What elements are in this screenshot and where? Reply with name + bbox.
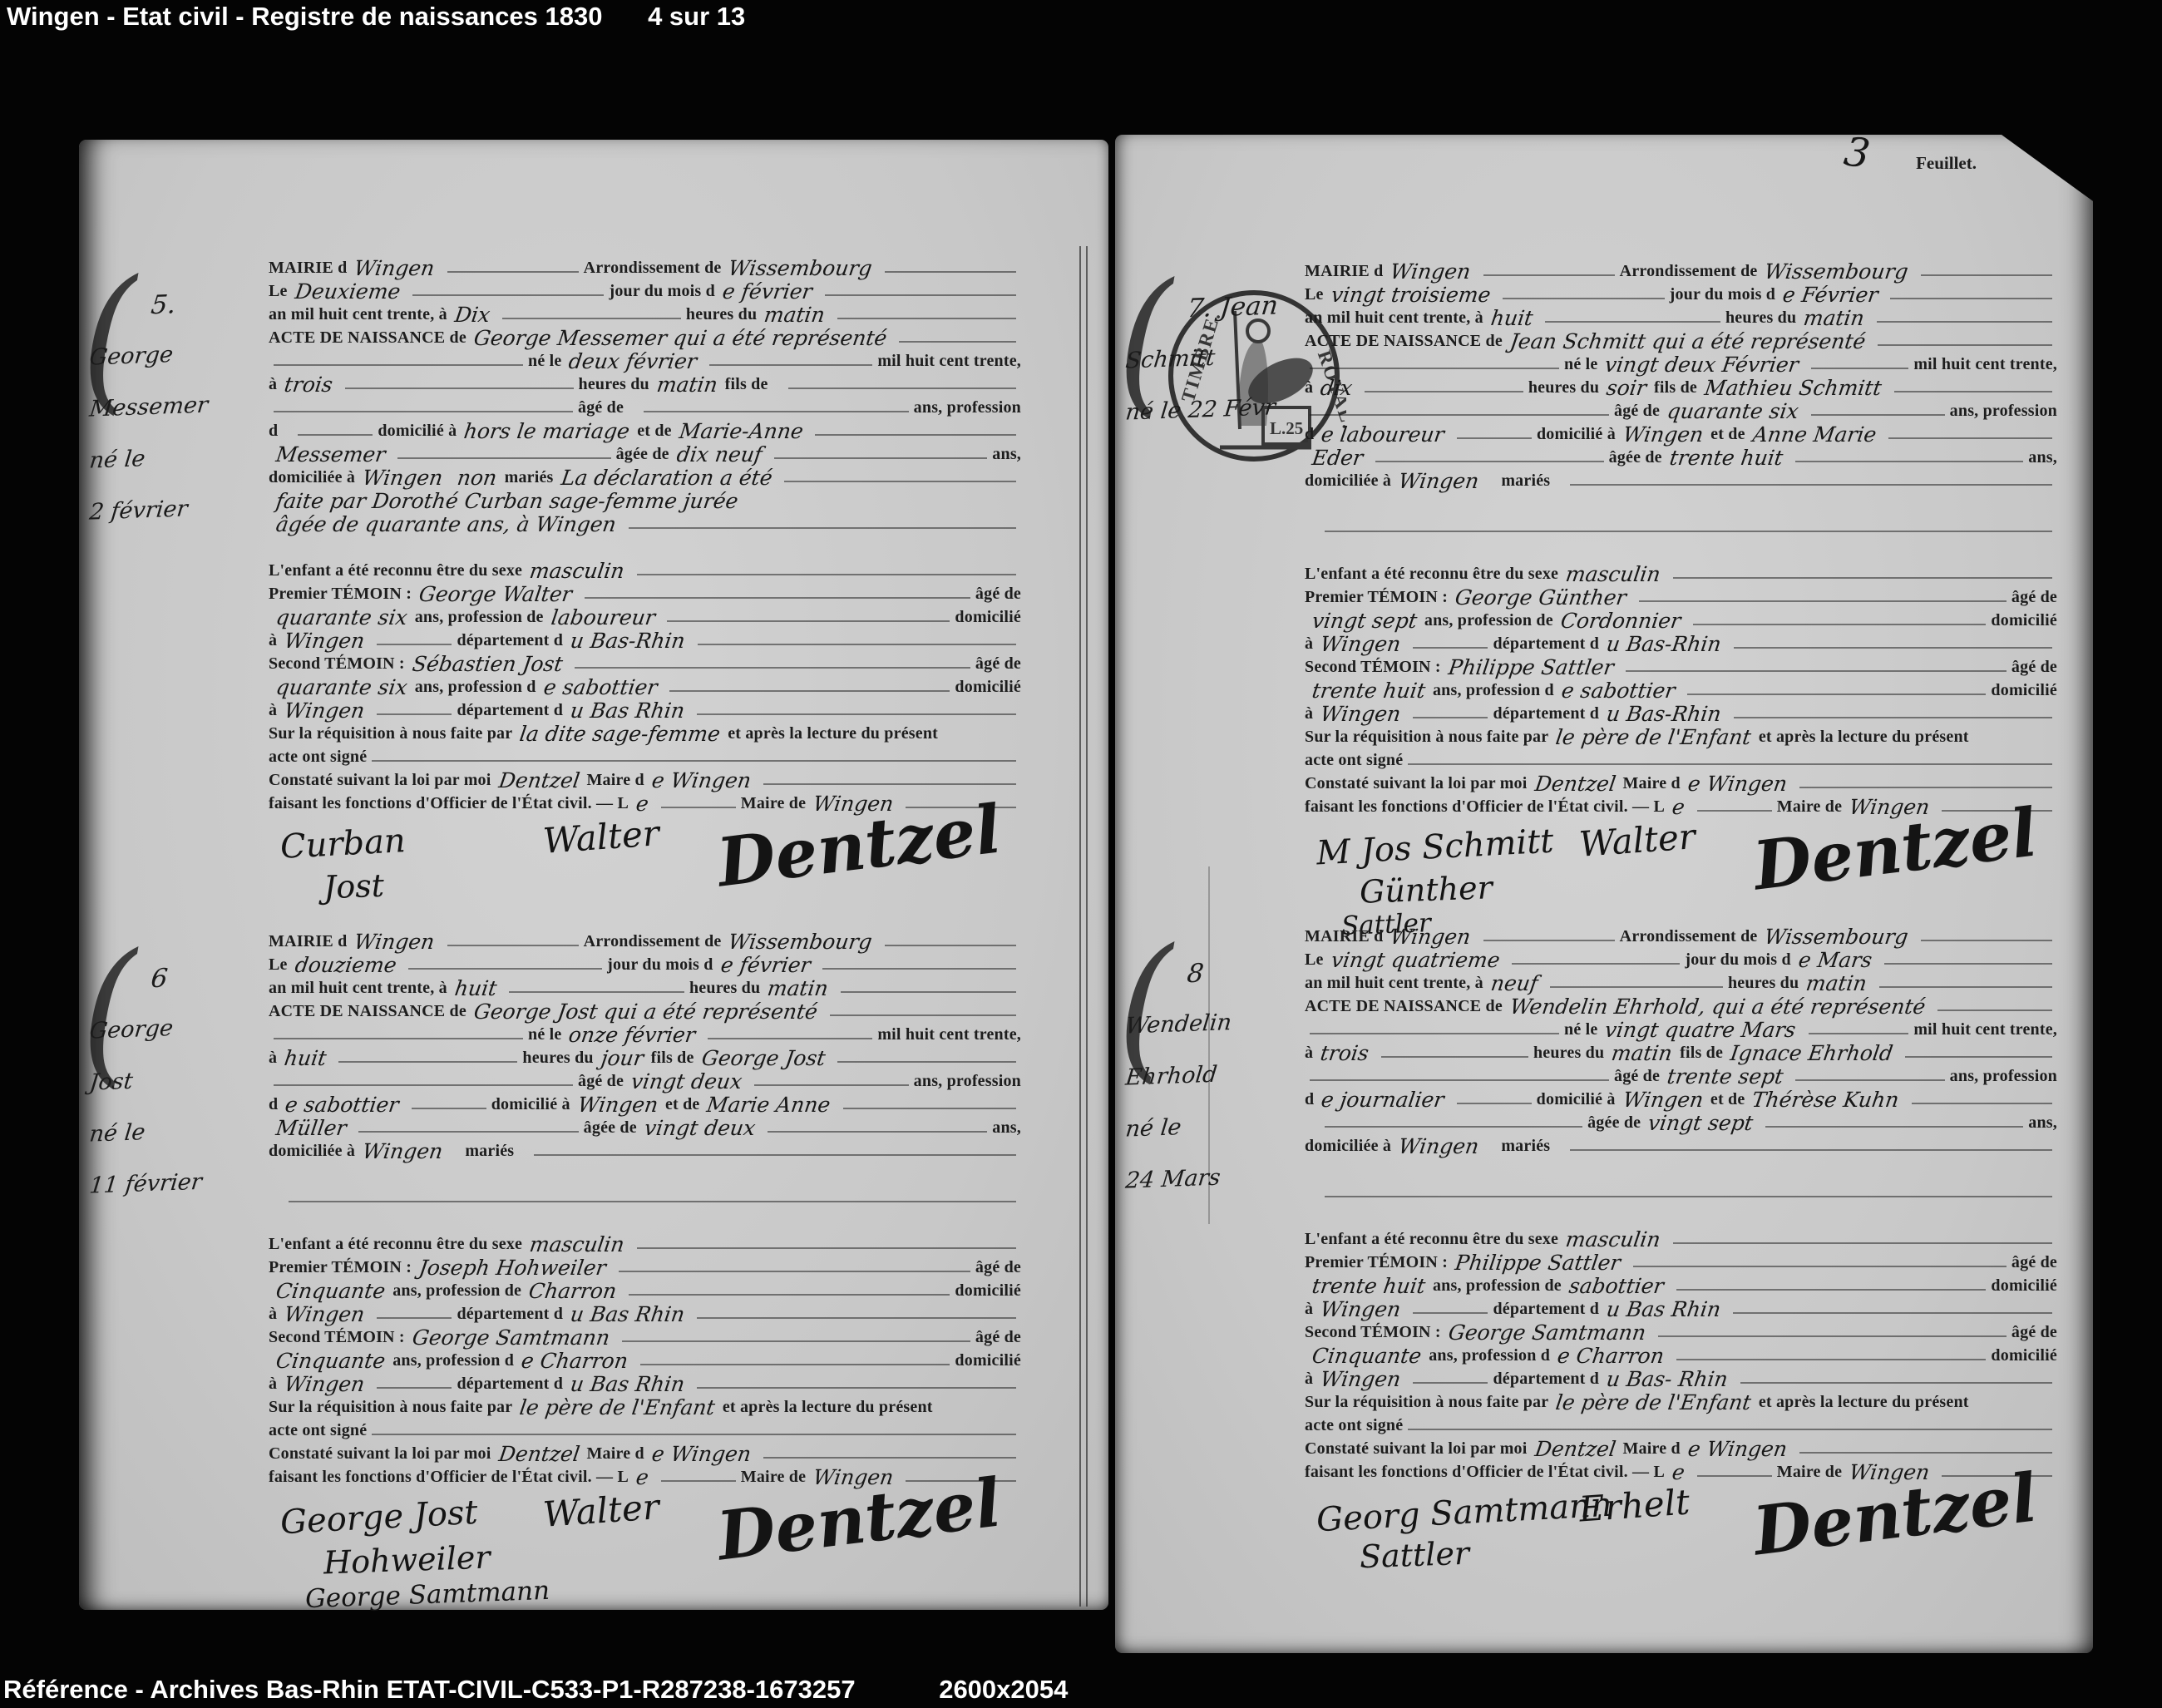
printed-label: département d [457, 1305, 563, 1325]
handwritten-father-domicile: Wingen [576, 1094, 659, 1116]
page-indicator: 4 sur 13 [648, 2, 745, 31]
printed-label: acte ont signé [269, 1421, 367, 1442]
rule-line [1811, 365, 1908, 369]
handwritten-period: matin [1803, 308, 1866, 329]
handwritten-father-domicile: hors le mariage [462, 421, 631, 442]
rule-line [447, 942, 579, 946]
handwritten-temoin1-age: Cinquante [274, 1281, 387, 1302]
handwritten-le: e [1671, 797, 1686, 818]
handwritten-temoin2-domicile: Wingen [1319, 1369, 1402, 1390]
printed-label: mariés [1501, 471, 1550, 492]
printed-label: d [269, 1095, 278, 1116]
form-row-acte: ACTE DE NAISSANCE de Jean Schmitt qui a … [1305, 329, 2057, 353]
rule-line [1697, 807, 1772, 812]
form-row-birthdate: né le deux février mil huit cent trente, [269, 349, 1021, 373]
form-row-requisition: Sur la réquisition à nous faite par le p… [1305, 725, 2057, 748]
rule-line [298, 432, 373, 436]
printed-label: à [269, 701, 277, 722]
form-row-father-age: âgé de vingt deux ans, profession [269, 1069, 1021, 1093]
handwritten-mother-name: Anne Marie [1751, 424, 1878, 446]
rule-line [1912, 1100, 2052, 1104]
rule-line [622, 1338, 970, 1342]
printed-label: à [1305, 1300, 1313, 1320]
printed-label: fils de [1654, 378, 1697, 399]
printed-label: heures du [522, 1049, 593, 1069]
handwritten-father-age: trente sept [1666, 1066, 1784, 1088]
form-row-birthdate: né le vingt deux Février mil huit cent t… [1305, 353, 2057, 376]
printed-label: domiciliée à [269, 468, 355, 489]
form-row-birthhour: à huit heures du jour fils de George Jos… [269, 1046, 1021, 1069]
handwritten-day: Deuxieme [294, 281, 402, 303]
printed-label: à [269, 1375, 277, 1395]
handwritten-birthperiod: matin [655, 374, 718, 396]
handwritten-arrondissement: Wissembourg [728, 931, 874, 953]
rule-line [1734, 714, 2052, 718]
printed-label: et de [1710, 425, 1745, 446]
rule-line [1733, 1310, 2052, 1314]
printed-label: département d [1493, 704, 1599, 725]
rule-line [1740, 1380, 2052, 1384]
rule-line [372, 1431, 1016, 1435]
rule-line [1310, 1030, 1559, 1034]
printed-label: acte ont signé [1305, 751, 1403, 772]
handwritten-period: matin [767, 978, 830, 1000]
handwritten-hour: huit [1489, 308, 1534, 329]
form-row-hour: an mil huit cent trente, à neuf heures d… [1305, 971, 2057, 995]
form-row-hour: an mil huit cent trente, à Dix heures du… [269, 303, 1021, 326]
rule-line [885, 942, 1016, 946]
rule-line [1658, 1333, 2007, 1337]
rule-line [1545, 318, 1720, 323]
margin-born-label: né le [1123, 1098, 1299, 1155]
handwritten-temoin2-age: Cinquante [274, 1350, 387, 1372]
printed-label: Arrondissement de [584, 932, 722, 953]
printed-label: et après la lecture du présent [723, 1398, 933, 1419]
form-row-temoin2-prof: trente huit ans, profession d e sabottie… [1305, 679, 2057, 702]
printed-label: à [1305, 704, 1313, 725]
rule-line [709, 362, 872, 366]
rule-line [1413, 714, 1488, 718]
handwritten-father-name: Mathieu Schmitt [1703, 378, 1883, 399]
handwritten-temoin2-name: George Samtmann [411, 1327, 611, 1349]
handwritten-mother-age: vingt deux [643, 1118, 757, 1139]
handwritten-maire-commune: e Wingen [1686, 773, 1789, 795]
margin-annotation: ( 8 Wendelin Ehrhold né le 24 Mars [1126, 946, 1296, 1204]
handwritten-father-age: vingt deux [629, 1071, 743, 1093]
printed-label: à [1305, 378, 1313, 399]
form-row-mother: Messemer âgée de dix neuf ans, [269, 442, 1021, 466]
printed-label: fils de [725, 375, 768, 396]
rule-line [837, 1059, 1016, 1063]
rule-line [1381, 1054, 1528, 1058]
form-row-father-prof: d e sabottier domicilié à Wingen et de M… [269, 1093, 1021, 1116]
handwritten-birthdate: vingt deux Février [1604, 354, 1800, 376]
handwritten-commune: Wingen [1390, 261, 1473, 283]
handwritten-month: e février [719, 955, 812, 976]
printed-label: domicilié [955, 608, 1021, 629]
form-row-temoin1-dept: à Wingen département d u Bas-Rhin [269, 629, 1021, 652]
printed-label: ans, profession [1950, 402, 2057, 422]
printed-label: fils de [1680, 1044, 1723, 1064]
printed-label: faisant les fonctions d'Officier de l'Ét… [269, 794, 629, 815]
handwritten-commune: Wingen [353, 931, 437, 953]
handwritten-mother-age: trente huit [1668, 447, 1784, 469]
printed-label: jour du mois d [607, 955, 713, 976]
right-page-scan: Feuillet. 3 TIMBRE. ROYAL. L.25 ( 7. Jea… [1115, 135, 2093, 1653]
form-row-mairie: MAIRIE d Wingen Arrondissement de Wissem… [1305, 259, 2057, 283]
handwritten-father-profession: e sabottier [284, 1094, 401, 1116]
form-row-hour: an mil huit cent trente, à huit heures d… [269, 976, 1021, 1000]
form-row-sexe: L'enfant a été reconnu être du sexe masc… [269, 559, 1021, 582]
printed-label: L'enfant a été reconnu être du sexe [269, 561, 522, 582]
margin-name-line: né le 22 Févr [1123, 381, 1299, 438]
rule-line [763, 781, 1016, 785]
form-row-date: Le Deuxieme jour du mois d e février [269, 279, 1021, 303]
printed-label: domiciliée à [1305, 1137, 1391, 1158]
rule-line [1310, 412, 1609, 416]
margin-name-line: Wendelin [1123, 995, 1299, 1052]
rule-line [1799, 1449, 2052, 1454]
handwritten-declaration: faite par Dorothé Curban sage-femme juré… [274, 491, 739, 512]
rule-line [815, 432, 1016, 436]
form-row-constate: Constaté suivant la loi par moi Dentzel … [269, 768, 1021, 792]
printed-label: âgé de [2011, 1253, 2057, 1274]
printed-label: Arrondissement de [584, 259, 722, 279]
form-row-declaration [1305, 1181, 2057, 1204]
rule-line [1884, 960, 2052, 965]
handwritten-officier-name: Dentzel [1533, 1439, 1617, 1460]
rule-line [822, 965, 1016, 970]
rule-line [768, 1128, 987, 1133]
form-row-constate: Constaté suivant la loi par moi Dentzel … [1305, 1437, 2057, 1460]
printed-label: âgé de [578, 398, 624, 419]
handwritten-child-name: Wendelin Ehrhold, qui a été représenté [1508, 996, 1927, 1018]
handwritten-requisition: le père de l'Enfant [519, 1397, 717, 1419]
printed-label: âgée de [616, 445, 669, 466]
printed-label: heures du [689, 979, 760, 1000]
rule-line [788, 385, 1016, 389]
record-number: 6 [148, 950, 263, 1005]
printed-label: et de [637, 422, 672, 442]
rule-line [1310, 365, 1559, 369]
rule-line [825, 292, 1016, 296]
printed-label: Le [269, 955, 288, 976]
viewer-footer: Référence - Archives Bas-Rhin ETAT-CIVIL… [3, 1675, 1068, 1705]
form-row-mother: Eder âgée de trente huit ans, [1305, 446, 2057, 469]
handwritten-temoin2-age: quarante six [274, 677, 408, 699]
printed-label: département d [1493, 1370, 1599, 1390]
rule-line [338, 1059, 517, 1063]
handwritten-officier-name: Dentzel [497, 1444, 581, 1465]
record-number: 7. Jean [1184, 279, 1299, 335]
handwritten-le: e [1671, 1462, 1686, 1483]
form-row-temoin2-dept: à Wingen département d u Bas Rhin [269, 1372, 1021, 1395]
rule-line [372, 758, 1016, 762]
printed-label: Sur la réquisition à nous faite par [269, 1398, 512, 1419]
document-title: Wingen - Etat civil - Registre de naissa… [7, 2, 602, 31]
rule-line [1413, 1380, 1488, 1384]
rule-line [1879, 984, 2052, 988]
printed-label: ans, profession d [1429, 1346, 1550, 1367]
printed-label: Second TÉMOIN : [269, 1328, 405, 1349]
printed-label: d [269, 422, 278, 442]
printed-label: âgé de [2011, 588, 2057, 609]
rule-line [358, 1128, 578, 1133]
handwritten-temoin2-domicile: Wingen [1319, 703, 1402, 725]
printed-label: Maire d [1622, 1439, 1680, 1460]
handwritten-birthhour: trois [283, 374, 334, 396]
handwritten-commune: Wingen [1390, 926, 1473, 948]
printed-label: ans, profession d [415, 678, 536, 699]
printed-label: Maire de [1777, 797, 1842, 818]
handwritten-sexe: masculin [1564, 564, 1661, 585]
form-row-temoin1: Premier TÉMOIN : Philippe Sattler âgé de [1305, 1251, 2057, 1274]
rule-line [1512, 960, 1680, 965]
printed-label: domicilié [1991, 1276, 2057, 1297]
printed-label: domicilié à [378, 422, 457, 442]
rule-line [1325, 1193, 2052, 1197]
printed-label: domicilié [1991, 1346, 2057, 1367]
margin-annotation: ( 6 George Jost né le 11 février [90, 951, 260, 1209]
printed-label: MAIRIE d [269, 932, 347, 953]
handwritten-temoin1-domicile: Wingen [283, 630, 366, 652]
handwritten-temoin1-domicile: Wingen [283, 1304, 366, 1325]
margin-name-line: Jost [86, 1051, 263, 1108]
signatures-block: George Jost Walter Hohweiler George Samt… [269, 1488, 1021, 1603]
printed-label: jour du mois d [1670, 285, 1775, 306]
handwritten-hour: neuf [1489, 973, 1539, 995]
printed-label: Constaté suivant la loi par moi [269, 1444, 491, 1465]
handwritten-requisition: le père de l'Enfant [1555, 1392, 1753, 1414]
form-row-birthdate: né le vingt quatre Mars mil huit cent tr… [1305, 1018, 2057, 1041]
rule-line [1673, 1240, 2052, 1244]
birth-record-5: ( 5. George Messemer né le 2 février MAI… [269, 256, 1021, 930]
handwritten-commune: Wingen [353, 258, 437, 279]
form-row-declaration [1305, 1158, 2057, 1181]
printed-label: né le [528, 352, 561, 373]
handwritten-day: vingt troisieme [1330, 284, 1492, 306]
printed-label: ans, profession de [1433, 1276, 1562, 1297]
rule-line [708, 1035, 872, 1039]
form-row-declaration [269, 1163, 1021, 1186]
rule-line [841, 989, 1016, 993]
printed-label: d [1305, 1090, 1314, 1111]
handwritten-temoin2-departement: u Bas- Rhin [1605, 1369, 1729, 1390]
handwritten-temoin2-profession: e Charron [1556, 1345, 1666, 1367]
handwritten-temoin1-profession: Cordonnier [1559, 610, 1682, 632]
form-row-declaration [1305, 516, 2057, 539]
form-row-temoin1: Premier TÉMOIN : George Walter âgé de [269, 582, 1021, 605]
rule-line [1570, 481, 2052, 486]
printed-label: à [269, 1305, 277, 1325]
handwritten-mother-age: vingt sept [1646, 1113, 1755, 1134]
handwritten-child-name: Jean Schmitt qui a été représenté [1508, 331, 1867, 353]
signatures-block: Georg Samtmann Erhelt Sattler Dentzel [1305, 1483, 2057, 1598]
rule-line [1765, 1123, 2023, 1128]
handwritten-sexe: masculin [528, 560, 625, 582]
rule-line [1413, 1310, 1488, 1314]
feuillet-number: 3 [1842, 128, 1873, 178]
rule-line [697, 1315, 1016, 1319]
printed-label: heures du [1725, 309, 1796, 329]
form-row-mother: âgée de vingt sept ans, [1305, 1111, 2057, 1134]
archive-viewer: Wingen - Etat civil - Registre de naissa… [0, 0, 2162, 1708]
form-row-declaration [1305, 539, 2057, 562]
printed-label: ACTE DE NAISSANCE de [269, 1002, 466, 1023]
handwritten-sexe: masculin [528, 1234, 625, 1256]
rule-line [754, 1082, 908, 1086]
printed-label: département d [457, 631, 563, 652]
printed-label: né le [1564, 1020, 1597, 1041]
rule-line [1676, 1356, 1986, 1360]
form-row-temoin2: Second TÉMOIN : George Samtmann âgé de [1305, 1320, 2057, 1344]
handwritten-father-name: George Jost [700, 1048, 827, 1069]
form-row-temoin1: Premier TÉMOIN : Joseph Hohweiler âgé de [269, 1256, 1021, 1279]
handwritten-temoin1-name: George Günther [1454, 587, 1627, 609]
form-row-father-age: âgé de trente sept ans, profession [1305, 1064, 2057, 1088]
rule-line [447, 269, 579, 273]
handwritten-temoin2-name: Sébastien Jost [411, 654, 564, 675]
printed-label: L'enfant a été reconnu être du sexe [1305, 565, 1558, 585]
printed-label: Arrondissement de [1620, 262, 1758, 283]
form-row-mairie: MAIRIE d Wingen Arrondissement de Wissem… [269, 256, 1021, 279]
rule-line [509, 989, 684, 993]
signature: M Jos Schmitt [1315, 822, 1554, 873]
rule-line [1639, 598, 2007, 602]
signature: Hohweiler [323, 1539, 491, 1582]
printed-label: domicilié à [1537, 1090, 1616, 1111]
margin-born-date: 11 février [86, 1154, 263, 1212]
form-row-declaration [269, 536, 1021, 559]
handwritten-mother-name: Thérèse Kuhn [1751, 1089, 1901, 1111]
printed-label: mariés [1501, 1137, 1550, 1158]
signature: Walter [541, 812, 660, 861]
handwritten-arrondissement: Wissembourg [728, 258, 874, 279]
margin-born-date: 2 février [86, 481, 263, 538]
form-vertical-rule [1079, 246, 1088, 1607]
form-row-requisition: Sur la réquisition à nous faite par le p… [269, 1395, 1021, 1419]
printed-label: ans, profession [914, 398, 1021, 419]
rule-line [1921, 937, 2052, 941]
handwritten-month: e Février [1781, 284, 1879, 306]
signature: Erhelt [1577, 1481, 1691, 1529]
rule-line [274, 362, 523, 366]
rule-line [1877, 318, 2052, 323]
signature: Walter [1577, 816, 1696, 865]
printed-label: ans, profession de [392, 1281, 521, 1302]
form-row-constate: Constaté suivant la loi par moi Dentzel … [269, 1442, 1021, 1465]
printed-label: département d [1493, 634, 1599, 655]
printed-label: Sur la réquisition à nous faite par [269, 724, 512, 745]
printed-label: mariés [465, 1142, 514, 1163]
handwritten-day: vingt quatrieme [1330, 950, 1501, 971]
handwritten-temoin2-domicile: Wingen [283, 1374, 366, 1395]
printed-label: à [1305, 1044, 1313, 1064]
rule-line [1413, 644, 1488, 649]
handwritten-mother-age: dix neuf [675, 444, 763, 466]
printed-label: âgée de [1587, 1113, 1641, 1134]
printed-label: Constaté suivant la loi par moi [269, 771, 491, 792]
printed-label: et après la lecture du présent [728, 724, 938, 745]
handwritten-requisition: la dite sage-femme [519, 723, 723, 745]
printed-label: heures du [1533, 1044, 1604, 1064]
printed-label: domicilié [955, 1281, 1021, 1302]
printed-label: fils de [651, 1049, 694, 1069]
handwritten-temoin2-departement: u Bas Rhin [569, 1374, 686, 1395]
printed-label: MAIRIE d [1305, 262, 1383, 283]
form-row-temoin1-dept: à Wingen département d u Bas Rhin [269, 1302, 1021, 1325]
signature: Walter [541, 1486, 660, 1535]
handwritten-temoin1-domicile: Wingen [1319, 1299, 1402, 1320]
handwritten-birthperiod: soir [1605, 378, 1647, 399]
handwritten-father-domicile: Wingen [1621, 424, 1705, 446]
rule-line [629, 1291, 950, 1296]
handwritten-birthhour: huit [283, 1048, 328, 1069]
form-row-declaration [1305, 492, 2057, 516]
rule-line [1921, 272, 2052, 276]
printed-label: âgé de [975, 1258, 1021, 1279]
handwritten-temoin1-name: George Walter [417, 584, 573, 605]
form-row-date: Le douzieme jour du mois d e février [269, 953, 1021, 976]
rule-line [697, 1385, 1016, 1389]
printed-label: an mil huit cent trente, à [269, 979, 447, 1000]
rule-line [1457, 1100, 1532, 1104]
printed-label: ans, profession de [1424, 611, 1553, 632]
handwritten-temoin2-age: trente huit [1311, 680, 1427, 702]
rule-line [274, 1035, 523, 1039]
form-row-signe: acte ont signé [269, 1419, 1021, 1442]
printed-label: domicilié à [1537, 425, 1616, 446]
handwritten-temoin2-profession: e Charron [520, 1350, 629, 1372]
handwritten-temoin1-departement: u Bas-Rhin [1605, 634, 1722, 655]
handwritten-mother-domicile: Wingen [361, 467, 444, 489]
handwritten-arrondissement: Wissembourg [1764, 926, 1910, 948]
printed-label: à [269, 631, 277, 652]
rule-line [1799, 784, 2052, 788]
handwritten-maire-commune: e Wingen [650, 770, 753, 792]
printed-label: faisant les fonctions d'Officier de l'Ét… [269, 1468, 629, 1488]
handwritten-father-profession: e laboureur [1320, 424, 1446, 446]
rule-line [1811, 412, 1945, 416]
handwritten-mother-name: Marie-Anne [678, 421, 804, 442]
signature: Sattler [1359, 1535, 1470, 1576]
printed-label: ACTE DE NAISSANCE de [1305, 332, 1503, 353]
form-row-maries: domiciliée à Wingen non mariés La déclar… [269, 466, 1021, 489]
handwritten-father-name: Ignace Ehrhold [1729, 1043, 1894, 1064]
handwritten-requisition: le père de l'Enfant [1555, 727, 1753, 748]
printed-label: ACTE DE NAISSANCE de [1305, 997, 1503, 1018]
handwritten-declaration: âgée de quarante ans, à Wingen [274, 514, 617, 536]
rule-line [661, 804, 736, 808]
rule-line [1325, 528, 2052, 532]
rule-line [1687, 691, 1986, 695]
form-row-temoin1-prof: trente huit ans, profession de sabottier… [1305, 1274, 2057, 1297]
form-row-temoin2-dept: à Wingen département d u Bas- Rhin [1305, 1367, 2057, 1390]
margin-name-line: Ehrhold [1123, 1046, 1299, 1103]
printed-label: Sur la réquisition à nous faite par [1305, 1393, 1548, 1414]
rule-line [1633, 1263, 2007, 1267]
handwritten-temoin2-name: Philippe Sattler [1447, 657, 1615, 679]
form-row-temoin1-dept: à Wingen département d u Bas Rhin [1305, 1297, 2057, 1320]
handwritten-mother-domicile: Wingen [1397, 1136, 1480, 1158]
rule-line [1626, 668, 2007, 672]
printed-label: mariés [505, 468, 554, 489]
rule-line [1550, 984, 1723, 988]
margin-born-date: 24 Mars [1123, 1149, 1299, 1207]
form-row-temoin2-dept: à Wingen département d u Bas Rhin [269, 699, 1021, 722]
printed-label: d [1305, 425, 1314, 446]
printed-label: Premier TÉMOIN : [269, 1258, 412, 1279]
